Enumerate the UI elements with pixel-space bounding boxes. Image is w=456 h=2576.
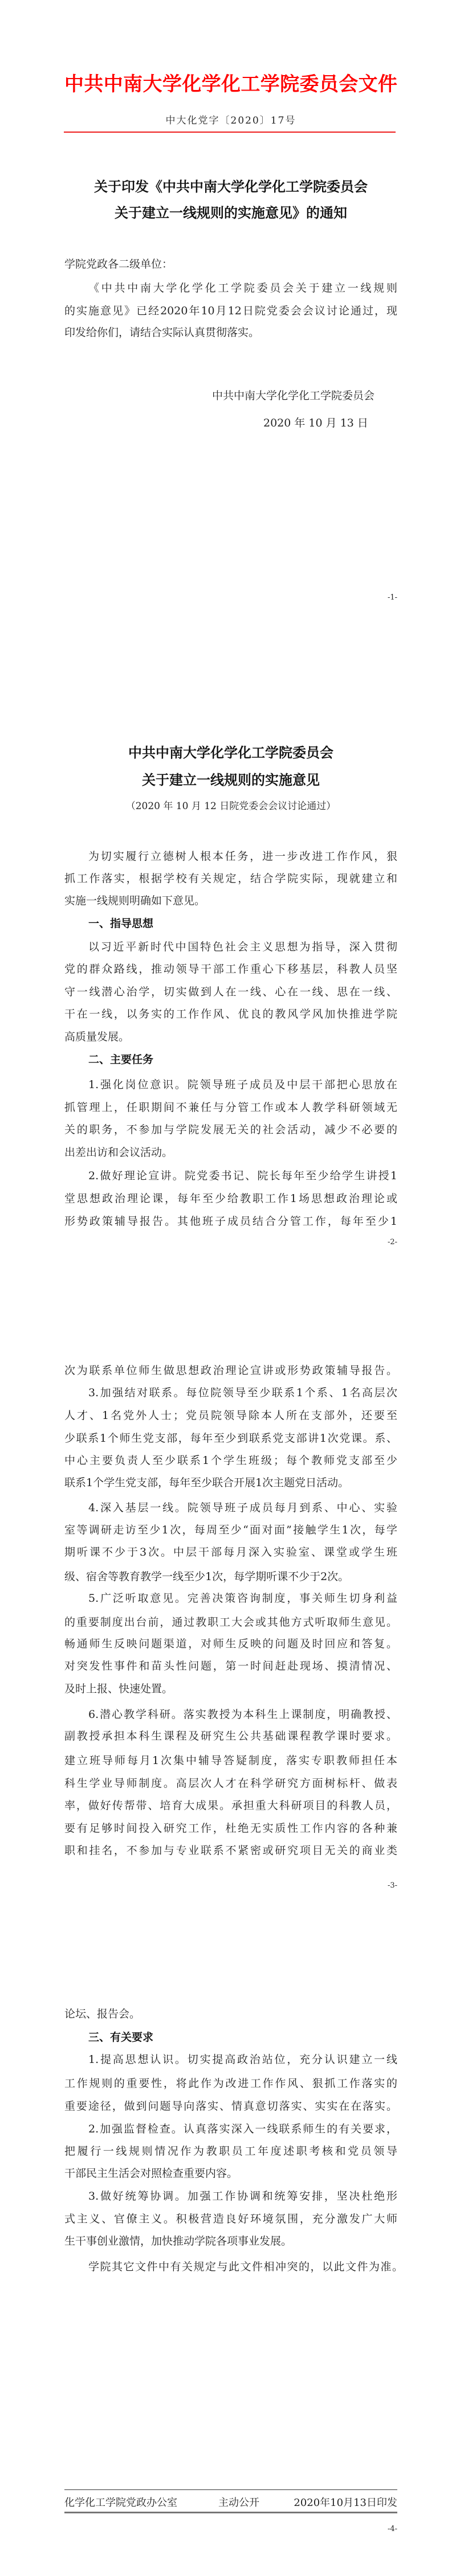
intro-line: 实施一线规则明确如下意见。 xyxy=(64,894,397,908)
requirement1-line: 1.提高思想认识。切实提高政治站位，充分认识建立一线 xyxy=(88,2053,397,2066)
requirement2-line: 把履行一线规则情况作为教职员工年度述职考核和党员领导 xyxy=(64,2144,397,2158)
task3-line: 少联系1个师生党支部，每年至少到联系党支部讲1次党课。系、 xyxy=(64,1431,397,1445)
document-number: 中大化党字〔2020〕17号 xyxy=(64,114,397,127)
task1-line: 1.强化岗位意识。院领导班子成员及中层干部把心思放在 xyxy=(88,1078,397,1092)
task6-line: 职和挂名，不参加与专业联系不紧密或研究项目无关的商业类 xyxy=(64,1844,397,1857)
section-heading-guiding-ideology: 一、指导思想 xyxy=(88,917,397,930)
task1-line: 出差出访和会议活动。 xyxy=(64,1146,397,1159)
task3-line: 联系1个学生党支部，每年至少联合开展1次主题党日活动。 xyxy=(64,1476,397,1490)
requirement2-line: 干部民主生活会对照检查重要内容。 xyxy=(64,2167,397,2180)
footer-issuer: 化学化工学院党政办公室 xyxy=(64,2496,177,2510)
section1-line: 高质量发展。 xyxy=(64,1030,397,1044)
footer-disclosure: 主动公开 xyxy=(218,2496,259,2510)
task4-line: 4.深入基层一线。院领导班子成员每月到系、中心、实验 xyxy=(88,1501,397,1515)
section-heading-main-tasks: 二、主要任务 xyxy=(88,1053,397,1067)
task2-line: 2.做好理论宣讲。院党委书记、院长每年至少给学生讲授1 xyxy=(88,1169,397,1183)
signature-organization: 中共中南大学化学化工学院委员会 xyxy=(212,389,398,403)
task6-line: 论坛、报告会。 xyxy=(64,2007,397,2021)
section1-line: 干在一线，以务实的工作作风、优良的教风学风加快推进学院 xyxy=(64,1007,397,1021)
task5-line: 畅通师生反映问题渠道，对师生反映的问题及时回应和答复。 xyxy=(64,1637,397,1651)
task5-line: 及时上报、快速处置。 xyxy=(64,1682,397,1696)
task6-line: 建立班导师每月1次集中辅导答疑制度，落实专职教师担任本 xyxy=(64,1754,397,1767)
opinion-subheading: （2020 年 10 月 12 日院党委会会议讨论通过） xyxy=(64,800,397,813)
section1-line: 以习近平新时代中国特色社会主义思想为指导，深入贯彻 xyxy=(88,940,397,954)
notice-body-line: 印发给你们，请结合实际认真贯彻落实。 xyxy=(64,326,397,339)
task4-line: 期听课不少于3次。中层干部每月深入实验室、课堂或学生班 xyxy=(64,1545,397,1559)
notice-body-line: 的实施意见》已经2020年10月12日院党委会会议讨论通过，现 xyxy=(64,304,397,318)
task4-line: 室等调研走访至少1次，每周至少“面对面”接触学生1次，每学 xyxy=(64,1523,397,1537)
intro-line: 为切实履行立德树人根本任务，进一步改进工作作风，狠 xyxy=(88,850,397,863)
task2-line: 形势政策辅导报告。其他班子成员结合分管工作，每年至少1 xyxy=(64,1215,397,1228)
task6-line: 6.潜心教学科研。落实教授为本科生上课制度，明确教授、 xyxy=(88,1708,397,1721)
task1-line: 抓管理上，任职期间不兼任与分管工作或本人教学科研领域无 xyxy=(64,1101,397,1114)
task6-line: 要有足够时间投入研究工作，杜绝无实质性工作内容的各种兼 xyxy=(64,1822,397,1835)
footer-top-rule xyxy=(64,2489,397,2490)
requirement3-line: 3.做好统筹协调。加强工作协调和统筹安排，坚决杜绝形 xyxy=(88,2189,397,2203)
page-number-1: -1- xyxy=(365,593,397,602)
intro-line: 抓工作落实，根据学校有关规定，结合学院实际，现就建立和 xyxy=(64,872,397,885)
footer-bottom-rule xyxy=(64,2512,397,2513)
opinion-heading-line-2: 关于建立一线规则的实施意见 xyxy=(64,772,397,788)
page-number-4: -4- xyxy=(365,2525,397,2534)
section1-line: 守一线潜心治学，切实做到人在一线、心在一线、思在一线、 xyxy=(64,985,397,999)
section-heading-requirements: 三、有关要求 xyxy=(88,2031,397,2044)
task4-line: 级、宿舍等教育教学一线至少1次，每学期听课不少于2次。 xyxy=(64,1570,397,1584)
requirement3-line: 式主义、官僚主义。积极营造良好环境氛围，充分激发广大师 xyxy=(64,2212,397,2226)
task3-line: 3.加强结对联系。每位院领导至少联系1个系、1名高层次 xyxy=(88,1386,397,1400)
notice-title-line-2: 关于建立一线规则的实施意见》的通知 xyxy=(64,205,397,221)
notice-title-line-1: 关于印发《中共中南大学化学化工学院委员会 xyxy=(64,179,397,195)
task3-line: 中心主要负责人至少联系1个学生班级；每个教师党支部至少 xyxy=(64,1454,397,1467)
requirement1-line: 重要途径，做到问题导向落实、情真意切落实、实实在在落实。 xyxy=(64,2099,397,2113)
task6-line: 率，做好传帮带、培育大成果。承担重大科研项目的科教人员， xyxy=(64,1799,397,1812)
task3-line: 人才、1名党外人士；党员院领导除本人所在支部外，还要至 xyxy=(64,1409,397,1422)
signature-date: 2020 年 10 月 13 日 xyxy=(263,416,450,430)
page-number-2: -2- xyxy=(365,1238,397,1247)
requirement3-line: 生干事创业激情，加快推动学院各项事业发展。 xyxy=(64,2234,397,2248)
document-red-header: 中共中南大学化学化工学院委员会文件 xyxy=(64,73,397,96)
task5-line: 5.广泛听取意见。完善决策咨询制度，事关师生切身利益 xyxy=(88,1591,397,1605)
task2-line: 堂思想政治理论课，每年至少给教职工作1场思想政治理论或 xyxy=(64,1192,397,1205)
closing-statement: 学院其它文件中有关规定与此文件相冲突的，以此文件为准。 xyxy=(88,2260,403,2274)
notice-body-line: 《中共中南大学化学化工学院委员会关于建立一线规则 xyxy=(88,281,397,295)
footer-issue-date: 2020年10月13日印发 xyxy=(283,2496,397,2510)
task6-line: 副教授承担本科生课程及研究生公共基础课程教学课时要求。 xyxy=(64,1729,397,1743)
task5-line: 的重要制度出台前，通过教职工大会或其他方式听取师生意见。 xyxy=(64,1615,397,1629)
task5-line: 对突发性事件和苗头性问题，第一时间赶赴现场、摸清情况、 xyxy=(64,1659,397,1673)
opinion-heading-line-1: 中共中南大学化学化工学院委员会 xyxy=(64,745,397,761)
requirement1-line: 工作规则的重要性，将此作为改进工作作风、狠抓工作落实的 xyxy=(64,2077,397,2090)
red-divider xyxy=(64,132,396,133)
task6-line: 科生学业导师制度。高层次人才在科学研究方面树标杆、做表 xyxy=(64,1777,397,1790)
requirement2-line: 2.加强监督检查。认真落实深入一线联系师生的有关要求， xyxy=(88,2122,397,2136)
page-number-3: -3- xyxy=(365,1881,397,1890)
section1-line: 党的群众路线，推动领导干部工作重心下移基层，科教人员坚 xyxy=(64,962,397,976)
addressee: 学院党政各二级单位： xyxy=(64,257,397,271)
task1-line: 关的职务，不参加与学院发展无关的社会活动，减少不必要的 xyxy=(64,1123,397,1137)
task2-line: 次为联系单位师生做思想政治理论宣讲或形势政策辅导报告。 xyxy=(64,1364,397,1377)
